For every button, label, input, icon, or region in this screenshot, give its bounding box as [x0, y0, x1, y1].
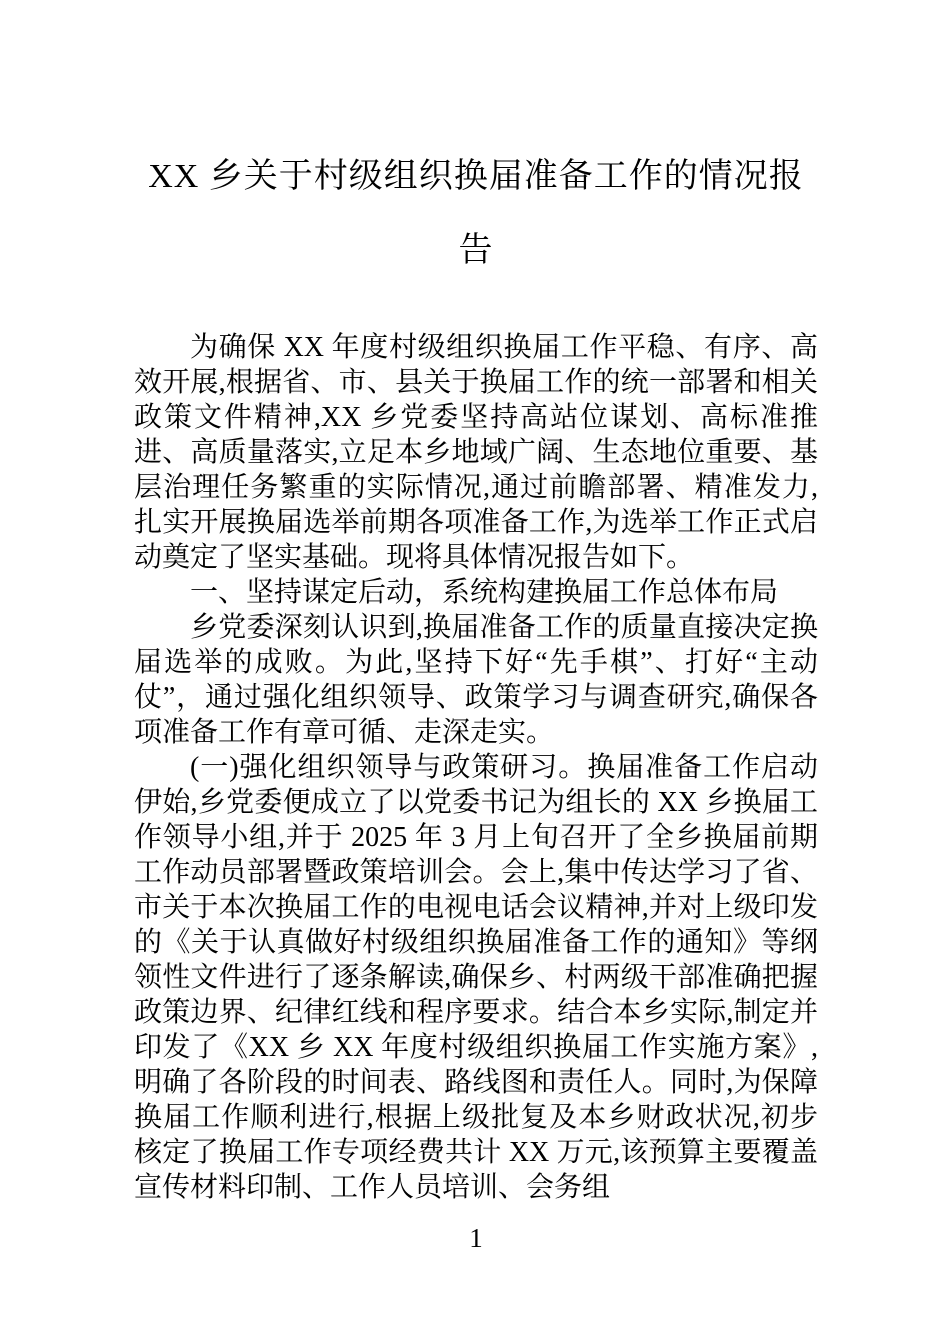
section-heading-1: 一、坚持谋定后动，系统构建换届工作总体布局 — [134, 575, 818, 610]
document-title: XX 乡关于村级组织换届准备工作的情况报告 — [134, 140, 818, 288]
paragraph-subsection-1-1: (一)强化组织领导与政策研习。换届准备工作启动伊始,乡党委便成立了以党委书记为组… — [134, 750, 818, 1205]
paragraph-section-1-overview: 乡党委深刻认识到,换届准备工作的质量直接决定换届选举的成败。为此,坚持下好“先手… — [134, 610, 818, 750]
page-content-area: XX 乡关于村级组织换届准备工作的情况报告 为确保 XX 年度村级组织换届工作平… — [134, 0, 818, 1255]
page-number: 1 — [134, 1221, 818, 1255]
document-page: XX 乡关于村级组织换届准备工作的情况报告 为确保 XX 年度村级组织换届工作平… — [0, 0, 950, 1344]
document-body: 为确保 XX 年度村级组织换届工作平稳、有序、高效开展,根据省、市、县关于换届工… — [134, 330, 818, 1205]
paragraph-intro: 为确保 XX 年度村级组织换届工作平稳、有序、高效开展,根据省、市、县关于换届工… — [134, 330, 818, 575]
